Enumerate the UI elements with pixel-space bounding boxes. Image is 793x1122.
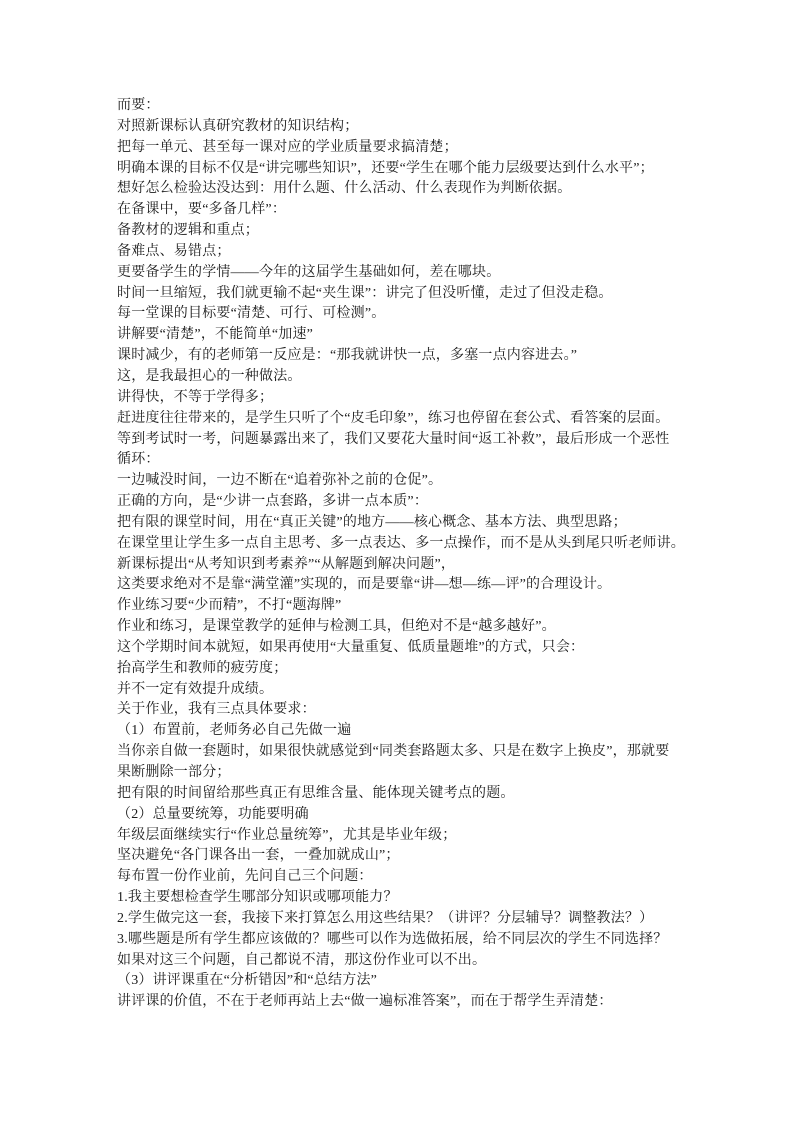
- document-text: 而要：对照新课标认真研究教材的知识结构；把每一单元、甚至每一课对应的学业质量要求…: [117, 96, 680, 1013]
- text-line: 而要：: [117, 96, 680, 117]
- text-line: 更要备学生的学情——今年的这届学生基础如何，差在哪块。: [117, 263, 680, 284]
- text-line: （3）讲评课重在“分析错因”和“总结方法”: [117, 971, 680, 992]
- text-line: 课时减少，有的老师第一反应是：“那我就讲快一点，多塞一点内容进去。”: [117, 346, 680, 367]
- text-line: 讲得快，不等于学得多；: [117, 388, 680, 409]
- text-line: 对照新课标认真研究教材的知识结构；: [117, 117, 680, 138]
- text-line: 把有限的课堂时间，用在“真正关键”的地方——核心概念、基本方法、典型思路；: [117, 513, 680, 534]
- text-line: 明确本课的目标不仅是“讲完哪些知识”，还要“学生在哪个能力层级要达到什么水平”；: [117, 159, 680, 180]
- text-line: 在备课中，要“多备几样”：: [117, 200, 680, 221]
- text-line: 讲解要“清楚”，不能简单“加速”: [117, 325, 680, 346]
- text-line: 当你亲自做一套题时，如果很快就感觉到“同类套路题太多、只是在数字上换皮”，那就要: [117, 742, 680, 763]
- text-line: 2.学生做完这一套，我接下来打算怎么用这些结果？（讲评？分层辅导？调整教法？）: [117, 909, 680, 930]
- text-line: （2）总量要统筹，功能要明确: [117, 805, 680, 826]
- text-line: 等到考试时一考，问题暴露出来了，我们又要花大量时间“返工补救”，最后形成一个恶性: [117, 430, 680, 451]
- text-line: 关于作业，我有三点具体要求：: [117, 700, 680, 721]
- text-line: 坚决避免“各门课各出一套，一叠加就成山”；: [117, 846, 680, 867]
- text-line: 年级层面继续实行“作业总量统筹”，尤其是毕业年级；: [117, 826, 680, 847]
- text-line: 时间一旦缩短，我们就更输不起“夹生课”：讲完了但没听懂，走过了但没走稳。: [117, 284, 680, 305]
- text-line: 新课标提出“从考知识到考素养”“从解题到解决问题”，: [117, 555, 680, 576]
- text-line: 赶进度往往带来的，是学生只听了个“皮毛印象”，练习也停留在套公式、看答案的层面。: [117, 409, 680, 430]
- text-line: 这类要求绝对不是靠“满堂灌”实现的，而是要靠“讲—想—练—评”的合理设计。: [117, 575, 680, 596]
- text-line: 每布置一份作业前，先问自己三个问题：: [117, 867, 680, 888]
- text-line: 讲评课的价值，不在于老师再站上去“做一遍标准答案”，而在于帮学生弄清楚：: [117, 992, 680, 1013]
- text-line: 如果对这三个问题，自己都说不清，那这份作业可以不出。: [117, 951, 680, 972]
- text-line: 作业和练习，是课堂教学的延伸与检测工具，但绝对不是“越多越好”。: [117, 617, 680, 638]
- text-line: 循环：: [117, 450, 680, 471]
- text-line: 抬高学生和教师的疲劳度；: [117, 659, 680, 680]
- text-line: 这个学期时间本就短，如果再使用“大量重复、低质量题堆”的方式，只会：: [117, 638, 680, 659]
- text-line: 备难点、易错点；: [117, 242, 680, 263]
- text-line: 把有限的时间留给那些真正有思维含量、能体现关键考点的题。: [117, 784, 680, 805]
- text-line: 在课堂里让学生多一点自主思考、多一点表达、多一点操作，而不是从头到尾只听老师讲。: [117, 534, 680, 555]
- text-line: 作业练习要“少而精”，不打“题海牌”: [117, 596, 680, 617]
- text-line: 这，是我最担心的一种做法。: [117, 367, 680, 388]
- text-line: 把每一单元、甚至每一课对应的学业质量要求搞清楚；: [117, 138, 680, 159]
- document-page: 而要：对照新课标认真研究教材的知识结构；把每一单元、甚至每一课对应的学业质量要求…: [0, 0, 793, 1122]
- text-line: 一边喊没时间，一边不断在“追着弥补之前的仓促”。: [117, 471, 680, 492]
- text-line: 1.我主要想检查学生哪部分知识或哪项能力？: [117, 888, 680, 909]
- text-line: 想好怎么检验达没达到：用什么题、什么活动、什么表现作为判断依据。: [117, 179, 680, 200]
- text-line: 并不一定有效提升成绩。: [117, 680, 680, 701]
- text-line: 3.哪些题是所有学生都应该做的？哪些可以作为选做拓展，给不同层次的学生不同选择？: [117, 930, 680, 951]
- text-line: 果断删除一部分；: [117, 763, 680, 784]
- text-line: 正确的方向，是“少讲一点套路，多讲一点本质”：: [117, 492, 680, 513]
- text-line: （1）布置前，老师务必自己先做一遍: [117, 721, 680, 742]
- text-line: 备教材的逻辑和重点；: [117, 221, 680, 242]
- text-line: 每一堂课的目标要“清楚、可行、可检测”。: [117, 304, 680, 325]
